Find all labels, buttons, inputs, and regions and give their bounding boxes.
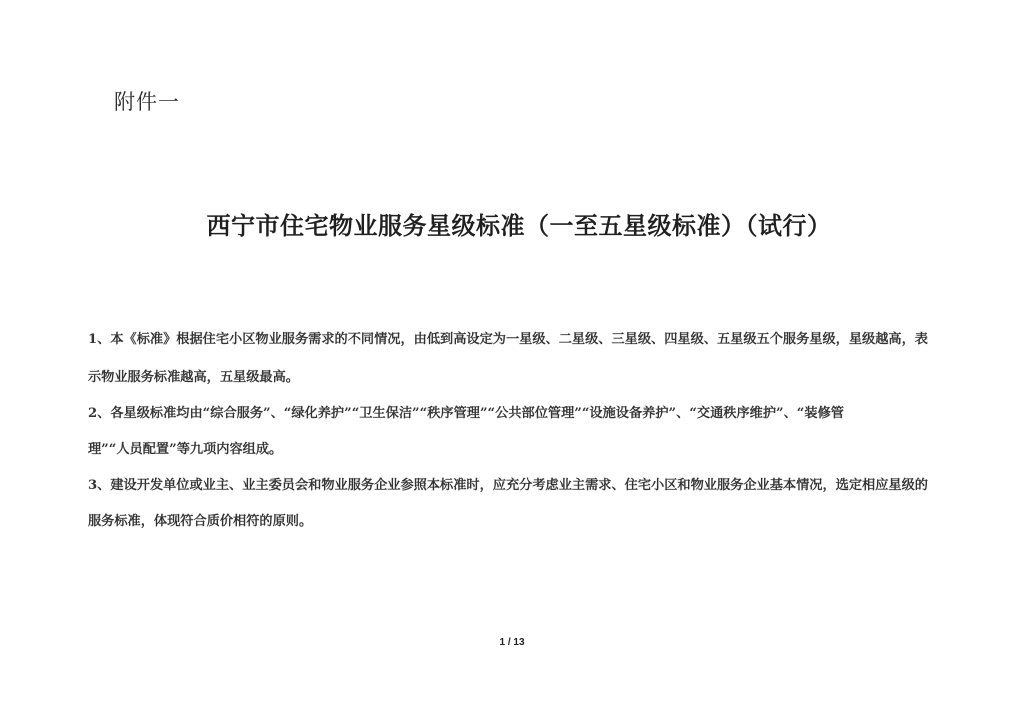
paragraph-1-line-2: 示物业服务标准越高，五星级最高。 [88,368,299,388]
paragraph-3-line-2: 服务标准，体现符合质价相符的原则。 [88,512,312,532]
page-indicator: 1 / 13 [0,637,1024,648]
document-page: 附件一 西宁市住宅物业服务星级标准（一至五星级标准）（试行） 1、本《标准》根据… [0,0,1024,724]
document-title-text: 西宁市住宅物业服务星级标准（一至五星级标准）（试行） [193,206,832,241]
document-title: 西宁市住宅物业服务星级标准（一至五星级标准）（试行） [0,206,1024,241]
attachment-label: 附件一 [114,86,180,116]
paragraph-2-line-1: 2、各星级标准均由“综合服务”、“绿化养护”“卫生保洁”“秩序管理”“公共部位管… [88,404,844,424]
paragraph-2-line-2: 理”“人员配置”等九项内容组成。 [88,440,282,460]
paragraph-1-line-1: 1、本《标准》根据住宅小区物业服务需求的不同情况，由低到高设定为一星级、二星级、… [88,330,928,350]
paragraph-3-line-1: 3、建设开发单位或业主、业主委员会和物业服务企业参照本标准时，应充分考虑业主需求… [88,476,928,496]
